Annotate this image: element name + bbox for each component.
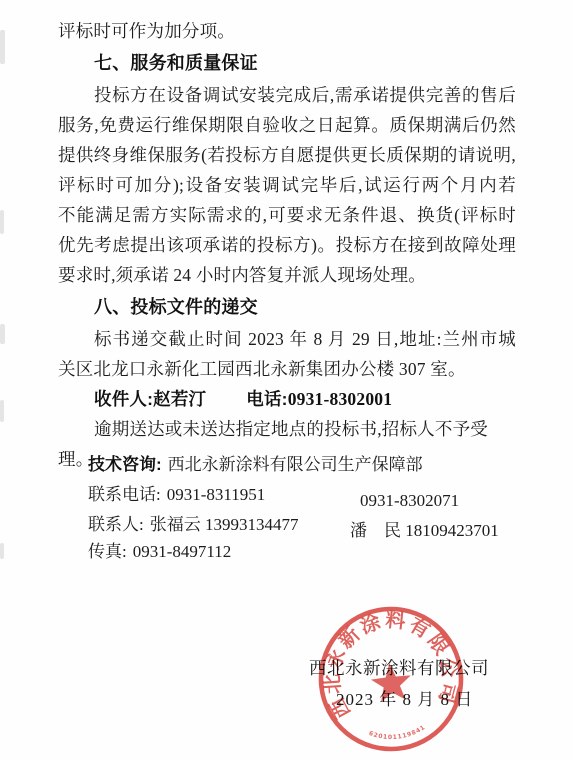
contact-consult-row: 技术咨询:西北永新涂料有限公司生产保障部 (88, 450, 518, 480)
company-seal-stamp: 西北永新涂料有限公司 6201011198413 (310, 598, 472, 760)
section7-line: 要求时,须承诺 24 小时内答复并派人现场处理。 (58, 260, 516, 290)
fax-value: 0931-8497112 (133, 542, 232, 561)
tel-value-1: 0931-8311951 (167, 485, 266, 504)
section7-line: 优先考虑提出该项承诺的投标方)。投标方在接到故障处理 (58, 230, 516, 260)
scan-smudge (0, 543, 4, 559)
intro-line: 评标时可作为加分项。 (58, 16, 516, 46)
contact-fax-row: 传真:0931-8497112 (88, 537, 518, 564)
seal-svg: 西北永新涂料有限公司 6201011198413 (310, 598, 472, 760)
contact-block: 技术咨询:西北永新涂料有限公司生产保障部 联系电话:0931-8311951 0… (88, 450, 518, 564)
red-star-icon (369, 661, 413, 703)
person-1: 张福云 13993134477 (150, 515, 299, 534)
document-page: 评标时可作为加分项。 七、服务和质量保证 投标方在设备调试安装完成后,需承诺提供… (0, 0, 574, 761)
section7-line: 提供终身维保服务(若投标方自愿提供更长质保期的请说明, (58, 140, 516, 170)
contact-tel-row: 联系电话:0931-8311951 0931-8302071 (88, 480, 518, 510)
fax-label: 传真: (88, 542, 127, 561)
contact-person-row: 联系人:张福云 13993134477 潘 民 18109423701 (88, 510, 518, 537)
tel-label: 联系电话: (88, 485, 161, 504)
section7-line: 投标方在设备调试安装完成后,需承诺提供完善的售后 (58, 80, 516, 110)
scan-smudge (0, 324, 5, 344)
main-text-column: 评标时可作为加分项。 七、服务和质量保证 投标方在设备调试安装完成后,需承诺提供… (58, 16, 516, 474)
seal-ring-text: 西北永新涂料有限公司 (313, 600, 465, 723)
person-label: 联系人: (88, 515, 144, 534)
scan-smudge (0, 30, 5, 64)
recipient-name: 赵若汀 (153, 389, 206, 409)
scan-smudge (0, 210, 4, 234)
phone-label: 电话: (246, 389, 287, 409)
recipient-line: 收件人:赵若汀电话:0931-8302001 (58, 384, 516, 414)
scan-smudge (0, 400, 4, 422)
section8-heading: 八、投标文件的递交 (58, 292, 516, 322)
section7-line: 服务,免费运行维保期限自验收之日起算。质保期满后仍然 (58, 110, 516, 140)
section7-line: 不能满足需方实际需求的,可要求无条件退、换货(评标时 (58, 200, 516, 230)
phone-value: 0931-8302001 (288, 389, 392, 409)
section8-line: 标书递交截止时间 2023 年 8 月 29 日,地址:兰州市城 (58, 324, 516, 354)
section8-line: 关区北龙口永新化工园西北永新集团办公楼 307 室。 (58, 354, 516, 384)
consult-value: 西北永新涂料有限公司生产保障部 (168, 455, 423, 474)
recipient-label: 收件人: (94, 389, 153, 409)
section7-line: 评标时可加分);设备安装调试完毕后,试运行两个月内若 (58, 170, 516, 200)
consult-label: 技术咨询: (88, 455, 162, 474)
section7-heading: 七、服务和质量保证 (58, 48, 516, 78)
